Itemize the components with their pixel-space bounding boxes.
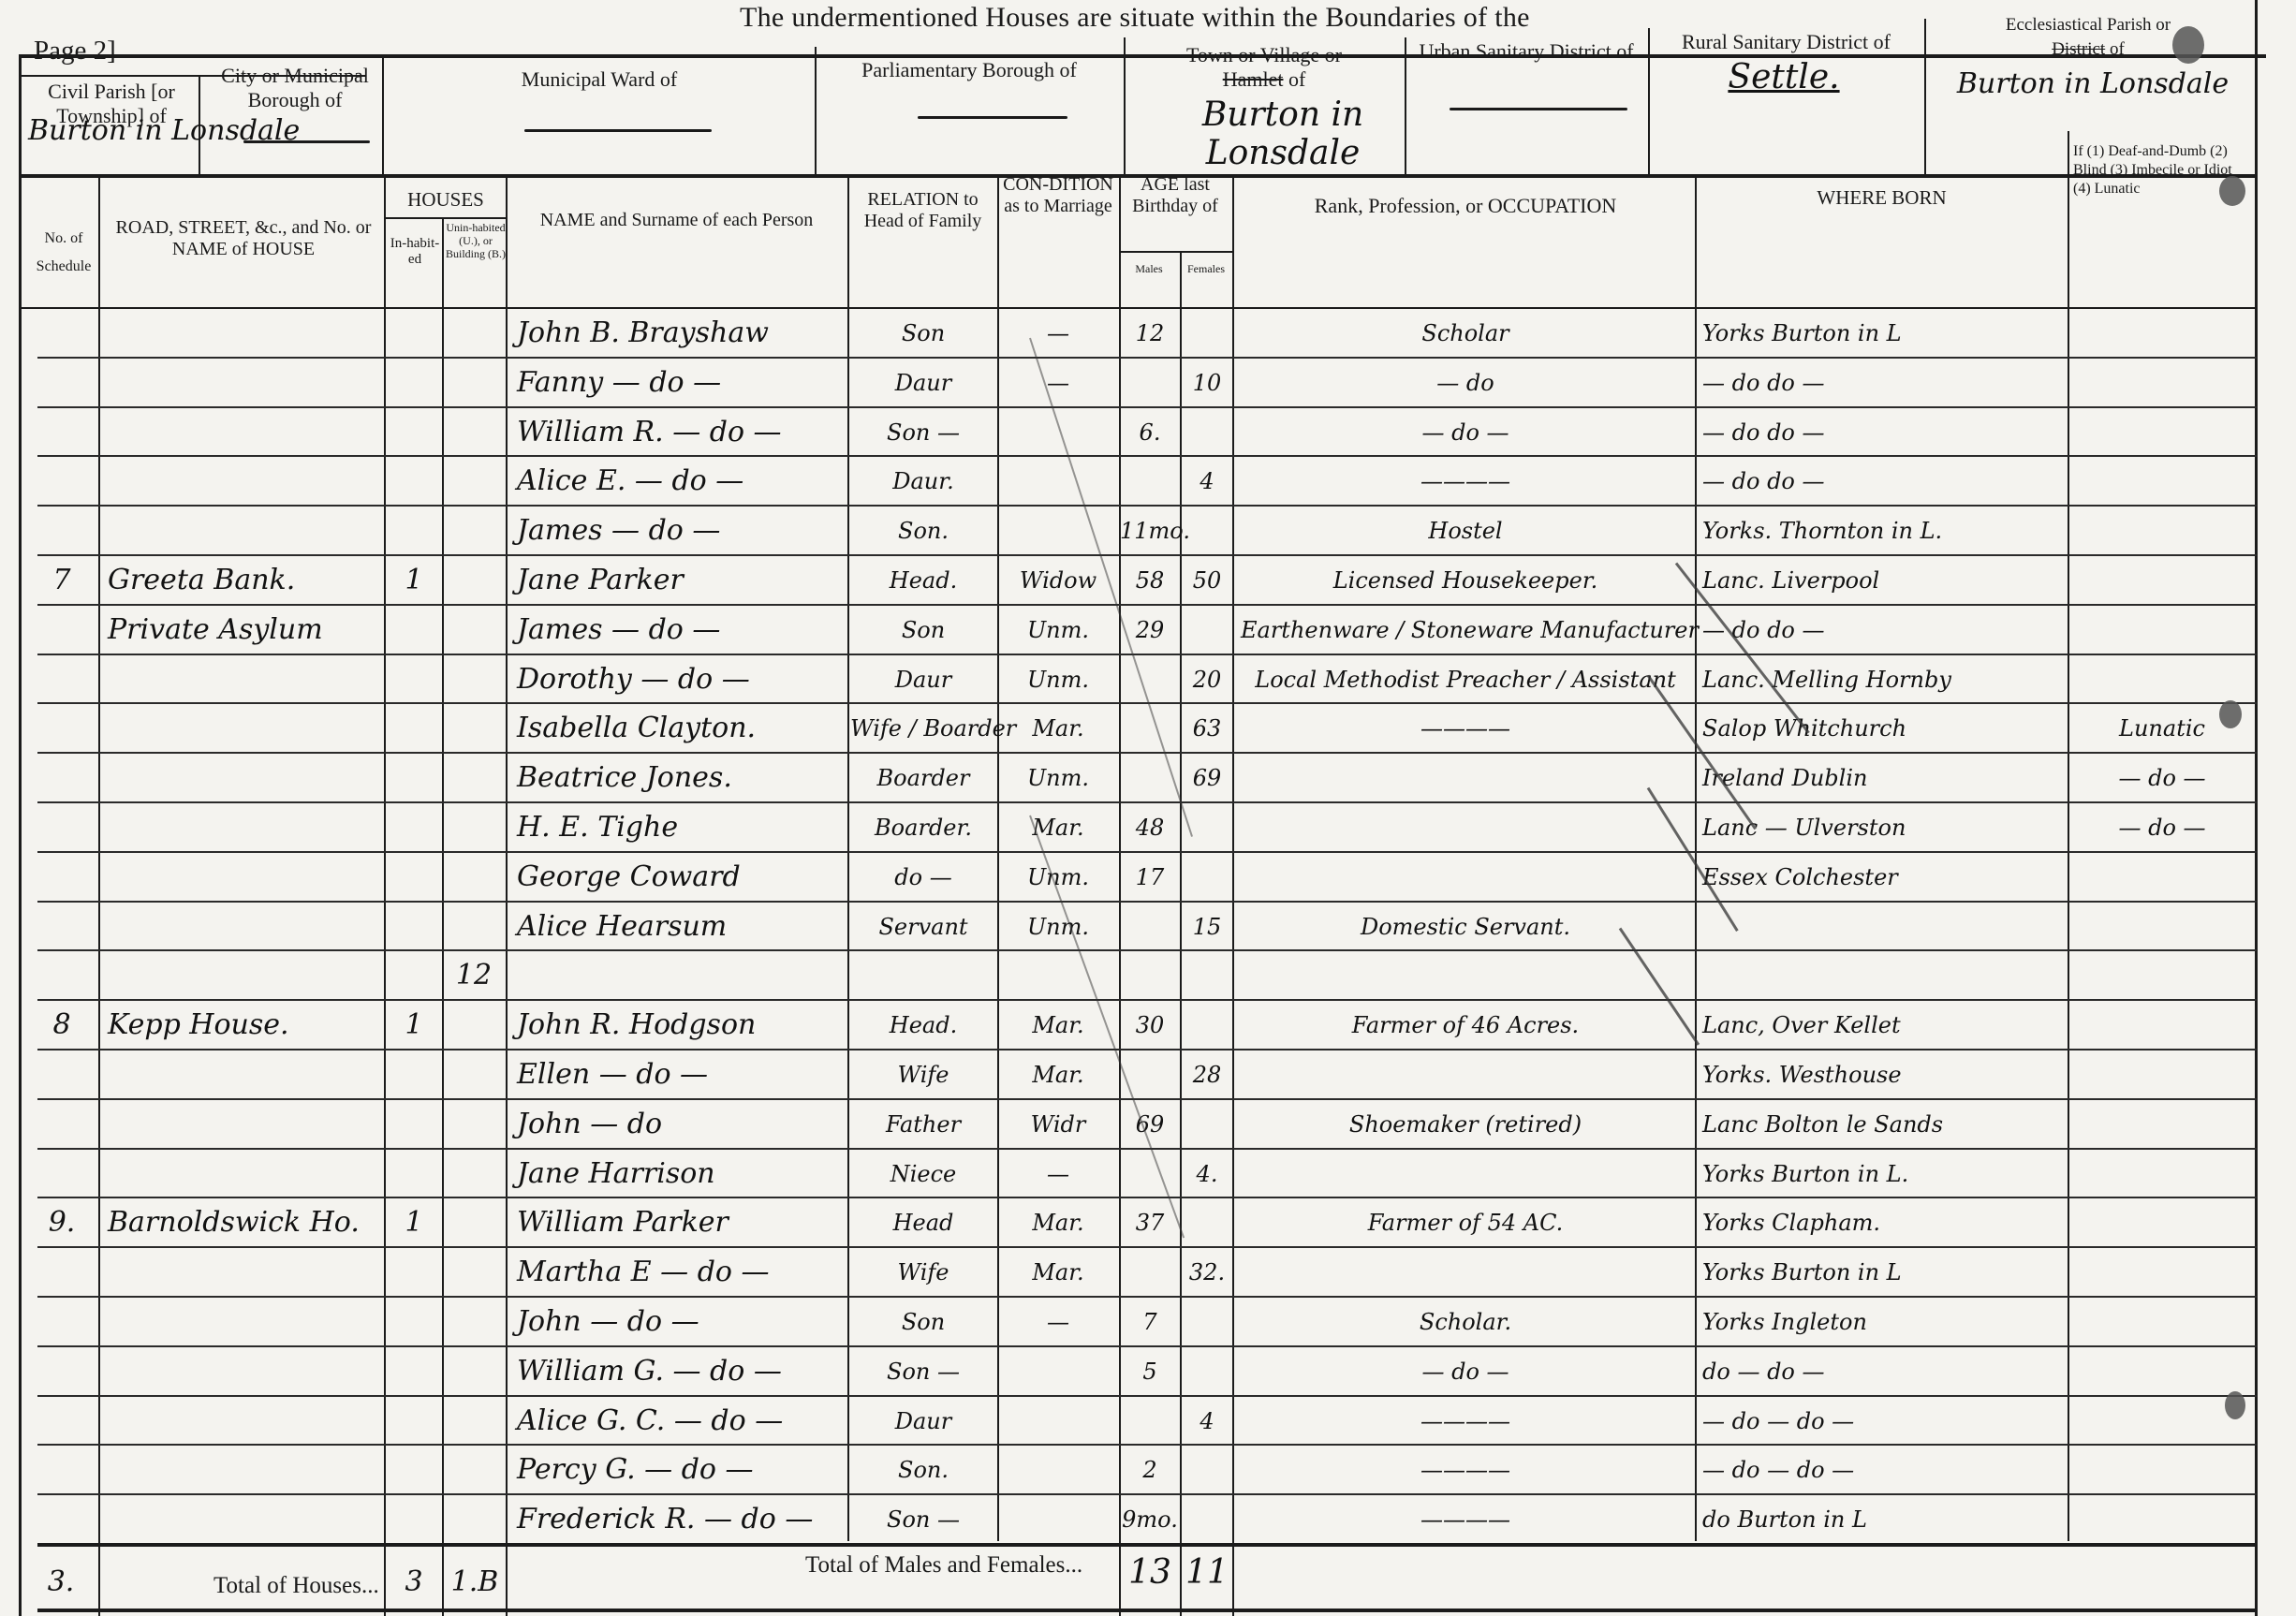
cell-inhabited: 1: [386, 1006, 442, 1044]
census-enumeration-page: The undermentioned Houses are situate wi…: [0, 0, 2296, 1616]
row-rule: [37, 1098, 2257, 1100]
cell-where-born: Yorks. Westhouse: [1702, 1056, 2066, 1094]
cell-where-born: — do do —: [1702, 463, 2066, 500]
cell-relation: Wife: [850, 1056, 996, 1094]
ink-blot: [2219, 176, 2245, 206]
row-rule: [37, 654, 2257, 655]
cell-males: 2: [1120, 1451, 1180, 1489]
ecclesiastical-value: Burton in Lonsdale: [1929, 67, 2257, 100]
cell-females: 50: [1182, 562, 1232, 599]
cell-condition: Unm.: [999, 759, 1117, 797]
row-rule: [37, 901, 2257, 903]
cell-condition: —: [999, 315, 1117, 352]
row-rule: [37, 505, 2257, 507]
cell-occupation: Hostel: [1241, 512, 1690, 550]
cell-occupation: — do —: [1241, 414, 1690, 451]
col-inhabited: In-habit-ed: [386, 236, 444, 268]
row-rule: [37, 554, 2257, 556]
cell-occupation: Domestic Servant.: [1241, 908, 1690, 946]
col-houses: HOUSES: [386, 189, 506, 211]
page-label: Page 2]: [34, 36, 116, 66]
cell-relation: Son: [850, 611, 996, 649]
cell-males: 69: [1120, 1106, 1180, 1143]
cell-condition: Unm.: [999, 908, 1117, 946]
col-where-born: WHERE BORN: [1697, 187, 2067, 209]
cell-relation: Niece: [850, 1155, 996, 1193]
cell-females: 10: [1182, 364, 1232, 402]
cell-males: 12: [1120, 315, 1180, 352]
col-relation: RELATION to Head of Family: [850, 189, 995, 232]
cell-relation: Son.: [850, 1451, 996, 1489]
cell-where-born: do Burton in L: [1702, 1501, 2066, 1538]
cell-condition: Mar.: [999, 1204, 1117, 1241]
row-rule: [37, 455, 2257, 457]
cell-name: William G. — do —: [517, 1353, 845, 1390]
village-value: Burton in Lonsdale: [1128, 95, 1437, 172]
cell-where-born: — do — do —: [1702, 1403, 2066, 1440]
cell-relation: Father: [850, 1106, 996, 1143]
cell-occupation: ————: [1241, 710, 1690, 747]
cell-males: 48: [1120, 809, 1180, 846]
cell-occupation: — do —: [1241, 1353, 1690, 1390]
row-rule: [37, 357, 2257, 359]
cell-name: John R. Hodgson: [517, 1006, 845, 1044]
cell-name: Percy G. — do —: [517, 1451, 845, 1489]
cell-relation: Son —: [850, 1501, 996, 1538]
cell-name: William Parker: [517, 1204, 845, 1241]
cell-name: Dorothy — do —: [517, 661, 845, 698]
cell-relation: Son —: [850, 414, 996, 451]
row-rule: [37, 1049, 2257, 1050]
cell-name: Alice G. C. — do —: [517, 1403, 845, 1440]
grid-col-line: [2068, 131, 2069, 1541]
boundary-divider: [815, 47, 817, 174]
cell-infirmity: — do —: [2073, 809, 2251, 846]
houses-subdivider: [386, 217, 506, 219]
cell-males: 30: [1120, 1006, 1180, 1044]
cell-females: 4: [1182, 1403, 1232, 1440]
row-rule: [37, 752, 2257, 754]
cell-males: 7: [1120, 1303, 1180, 1341]
col-females: Females: [1180, 262, 1232, 275]
col-schedule: No. of Schedule: [26, 225, 101, 281]
row-rule: [37, 1197, 2257, 1198]
cell-inhabited: 1: [386, 1204, 442, 1241]
empty-dash: [918, 116, 1067, 119]
cell-road: Barnoldswick Ho.: [108, 1204, 379, 1241]
cell-where-born: Lanc. Liverpool: [1702, 562, 2066, 599]
cell-name: George Coward: [517, 859, 845, 896]
cell-schedule: 9.: [28, 1204, 96, 1241]
total-males: 13: [1120, 1554, 1180, 1592]
cell-females: 63: [1182, 710, 1232, 747]
col-age: AGE last Birthday of: [1120, 174, 1230, 217]
cell-females: 4: [1182, 463, 1232, 500]
total-schedules: 3.: [28, 1564, 94, 1601]
cell-where-born: — do do —: [1702, 414, 2066, 451]
boundary-divider: [1124, 37, 1126, 174]
empty-dash: [1450, 108, 1627, 110]
col-condition: CON-DITION as to Marriage: [998, 174, 1118, 217]
total-houses-label: Total of Houses...: [213, 1573, 379, 1599]
title-banner: The undermentioned Houses are situate wi…: [740, 2, 1530, 34]
col-name: NAME and Surname of each Person: [510, 210, 843, 231]
cell-relation: Head: [850, 1204, 996, 1241]
ink-blot: [2225, 1391, 2245, 1419]
grid-col-line: [1232, 174, 1234, 1616]
cell-where-born: Ireland Dublin: [1702, 759, 2066, 797]
cell-relation: Son.: [850, 512, 996, 550]
cell-occupation: Licensed Housekeeper.: [1241, 562, 1690, 599]
cell-occupation: — do: [1241, 364, 1690, 402]
grid-col-line: [384, 174, 386, 1616]
ink-blot: [2219, 700, 2242, 728]
row-rule: [37, 1493, 2257, 1495]
cell-where-born: Salop Whitchurch: [1702, 710, 2066, 747]
cell-name: Alice E. — do —: [517, 463, 845, 500]
cell-name: H. E. Tighe: [517, 809, 845, 846]
col-uninhabited: Unin-habited (U.), or Building (B.): [446, 221, 506, 260]
grid-col-line: [506, 174, 508, 1616]
cell-relation: Head.: [850, 562, 996, 599]
cell-name: James — do —: [517, 611, 845, 649]
cell-condition: —: [999, 1155, 1117, 1193]
cell-schedule: 7: [28, 562, 96, 599]
cell-relation: Wife: [850, 1254, 996, 1291]
cell-condition: Mar.: [999, 809, 1117, 846]
cell-males: 11mo.: [1120, 512, 1180, 550]
cell-condition: Mar.: [999, 1254, 1117, 1291]
cell-condition: Unm.: [999, 661, 1117, 698]
row-rule: [37, 604, 2257, 606]
total-inhabited: 3: [386, 1564, 442, 1601]
cell-males: 9mo.: [1120, 1501, 1180, 1538]
cell-where-born: Yorks Burton in L.: [1702, 1155, 2066, 1193]
cell-relation: Daur.: [850, 463, 996, 500]
grid-col-line: [442, 217, 444, 1616]
cell-name: William R. — do —: [517, 414, 845, 451]
cell-condition: Mar.: [999, 710, 1117, 747]
cell-condition: —: [999, 364, 1117, 402]
cell-relation: Daur: [850, 661, 996, 698]
cell-name: Ellen — do —: [517, 1056, 845, 1094]
cell-where-born: Lanc Bolton le Sands: [1702, 1106, 2066, 1143]
cell-relation: Boarder: [850, 759, 996, 797]
grid-col-line: [98, 174, 100, 1616]
row-rule: [37, 999, 2257, 1001]
cell-relation: Son: [850, 315, 996, 352]
cell-relation: Daur: [850, 1403, 996, 1440]
total-uninhabited: 1.B: [444, 1564, 506, 1601]
cell-where-born: Essex Colchester: [1702, 859, 2066, 896]
boundary-divider: [382, 58, 384, 174]
cell-females: 4.: [1182, 1155, 1232, 1193]
cell-occupation: Local Methodist Preacher / Assistant: [1241, 661, 1690, 698]
cell-occupation: ————: [1241, 463, 1690, 500]
row-rule: [37, 1296, 2257, 1298]
cell-relation: Son —: [850, 1353, 996, 1390]
empty-dash: [524, 129, 712, 132]
cell-where-born: — do do —: [1702, 364, 2066, 402]
cell-males: 17: [1120, 859, 1180, 896]
grid-col-line: [1695, 174, 1697, 1541]
cell-name: John — do —: [517, 1303, 845, 1341]
cell-inhabited: 1: [386, 562, 442, 599]
cell-name: Alice Hearsum: [517, 908, 845, 946]
cell-where-born: — do do —: [1702, 611, 2066, 649]
cell-occupation: Shoemaker (retired): [1241, 1106, 1690, 1143]
row-rule: [37, 1395, 2257, 1397]
cell-females: 20: [1182, 661, 1232, 698]
cell-road: Private Asylum: [108, 611, 379, 649]
cell-females: 32.: [1182, 1254, 1232, 1291]
cell-name: Isabella Clayton.: [517, 710, 845, 747]
cell-condition: —: [999, 1303, 1117, 1341]
cell-occupation: Farmer of 46 Acres.: [1241, 1006, 1690, 1044]
cell-where-born: do — do —: [1702, 1353, 2066, 1390]
cell-condition: Unm.: [999, 611, 1117, 649]
rural-sanitary-value: Settle.: [1681, 58, 1887, 96]
cell-where-born: Lanc, Over Kellet: [1702, 1006, 2066, 1044]
col-occupation: Rank, Profession, or OCCUPATION: [1236, 195, 1695, 216]
col-males: Males: [1120, 262, 1178, 275]
grid-col-line: [847, 174, 849, 1541]
cell-males: 37: [1120, 1204, 1180, 1241]
cell-relation: Boarder.: [850, 809, 996, 846]
cell-where-born: — do — do —: [1702, 1451, 2066, 1489]
cell-occupation: ————: [1241, 1403, 1690, 1440]
cell-name: John B. Brayshaw: [517, 315, 845, 352]
cell-males: 58: [1120, 562, 1180, 599]
cell-occupation: ————: [1241, 1451, 1690, 1489]
cell-occupation: Scholar.: [1241, 1303, 1690, 1341]
cell-road: Greeta Bank.: [108, 562, 379, 599]
cell-name: Jane Parker: [517, 562, 845, 599]
row-rule: [37, 801, 2257, 803]
cell-where-born: Yorks Burton in L: [1702, 315, 2066, 352]
cell-where-born: Yorks Clapham.: [1702, 1204, 2066, 1241]
cell-name: Beatrice Jones.: [517, 759, 845, 797]
cell-occupation: Scholar: [1241, 315, 1690, 352]
cell-relation: Wife / Boarder: [850, 710, 996, 747]
cell-relation: Son: [850, 1303, 996, 1341]
totals-top-line: [37, 1543, 2257, 1547]
cell-females: 28: [1182, 1056, 1232, 1094]
cell-occupation: ————: [1241, 1501, 1690, 1538]
row-rule: [37, 851, 2257, 853]
cell-name: Martha E — do —: [517, 1254, 845, 1291]
cell-road: Kepp House.: [108, 1006, 379, 1044]
total-persons-label: Total of Males and Females...: [805, 1552, 1082, 1579]
row-rule: [37, 1345, 2257, 1347]
cell-females: 15: [1182, 908, 1232, 946]
cell-relation: Daur: [850, 364, 996, 402]
row-rule: [37, 1148, 2257, 1150]
cell-condition: Mar.: [999, 1006, 1117, 1044]
cell-name: John — do: [517, 1106, 845, 1143]
cell-males: 5: [1120, 1353, 1180, 1390]
cell-condition: Widr: [999, 1106, 1117, 1143]
frame-left: [19, 54, 22, 1616]
cell-where-born: Yorks Ingleton: [1702, 1303, 2066, 1341]
total-females: 11: [1182, 1554, 1232, 1592]
col-road: ROAD, STREET, &c., and No. or NAME of HO…: [103, 217, 384, 260]
cell-condition: Mar.: [999, 1056, 1117, 1094]
cell-name: Fanny — do —: [517, 364, 845, 402]
cell-relation: do —: [850, 859, 996, 896]
cell-relation: Head.: [850, 1006, 996, 1044]
empty-dash: [243, 140, 370, 143]
cell-name: Jane Harrison: [517, 1155, 845, 1193]
cell-females: 69: [1182, 759, 1232, 797]
cell-occupation: Earthenware / Stoneware Manufacturer: [1241, 611, 1690, 649]
cell-where-born: Yorks Burton in L: [1702, 1254, 2066, 1291]
cell-where-born: Yorks. Thornton in L.: [1702, 512, 2066, 550]
row-rule: [37, 1444, 2257, 1446]
ink-blot: [2172, 26, 2204, 64]
cell-name: James — do —: [517, 512, 845, 550]
row-rule: [37, 1246, 2257, 1248]
cell-infirmity: — do —: [2073, 759, 2251, 797]
cell-schedule: 8: [28, 1006, 96, 1044]
boundary-divider: [1648, 28, 1650, 174]
totals-bottom-line: [37, 1609, 2257, 1612]
cell-relation: Servant: [850, 908, 996, 946]
boundary-divider: [1924, 19, 1926, 174]
cell-males: 6.: [1120, 414, 1180, 451]
row-rule: [37, 949, 2257, 951]
cell-condition: Widow: [999, 562, 1117, 599]
cell-name: Frederick R. — do —: [517, 1501, 845, 1538]
header-bottom: [19, 307, 2257, 309]
frame-right: [2255, 0, 2258, 1616]
row-rule: [37, 406, 2257, 408]
cell-uninhabited: 12: [444, 957, 504, 994]
cell-occupation: Farmer of 54 AC.: [1241, 1204, 1690, 1241]
age-subdivider: [1120, 251, 1232, 253]
